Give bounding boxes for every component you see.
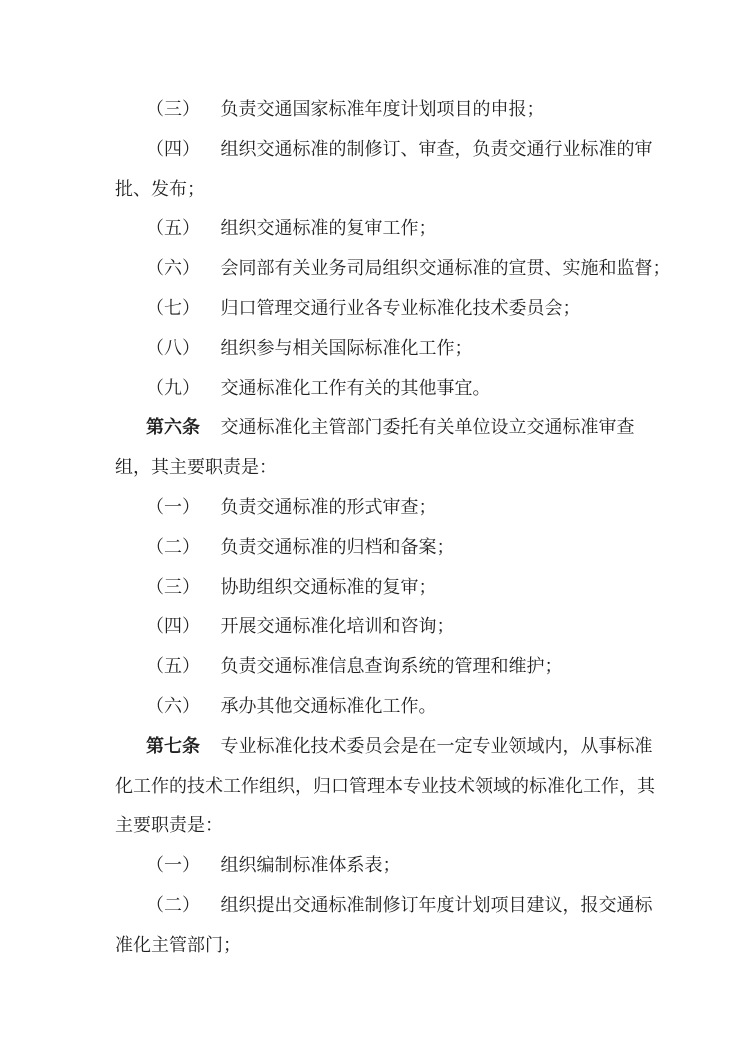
document-line: （五） 组织交通标准的复审工作； (115, 209, 645, 249)
line-text: 组织提出交通标准制修订年度计划项目建议，报交通标 (221, 895, 653, 915)
line-text: 承办其他交通标准化工作。 (221, 696, 437, 716)
list-item-label: （四） (146, 616, 200, 636)
document-line: 准化主管部门； (115, 926, 645, 966)
document-line: 批、发布； (115, 170, 645, 210)
line-text: 组织交通标准的制修订、审查，负责交通行业标准的审 (221, 139, 653, 159)
list-item-label: （五） (146, 656, 200, 676)
list-item-label: （七） (146, 298, 200, 318)
article-number-label: 第七条 (146, 736, 200, 756)
document-line: （六） 会同部有关业务司局组织交通标准的宣贯、实施和监督； (115, 249, 645, 289)
line-text: 交通标准化工作有关的其他事宜。 (221, 378, 491, 398)
list-item-label: （六） (146, 258, 200, 278)
document-page: （三） 负责交通国家标准年度计划项目的申报； （四） 组织交通标准的制修订、审查… (0, 0, 750, 1060)
document-line: （五） 负责交通标准信息查询系统的管理和维护； (115, 647, 645, 687)
line-text: 负责交通标准的形式审查； (221, 497, 437, 517)
line-text: 开展交通标准化培训和咨询； (221, 616, 455, 636)
line-text: 协助组织交通标准的复审； (221, 577, 437, 597)
document-line: （四） 开展交通标准化培训和咨询； (115, 607, 645, 647)
list-item-label: （二） (146, 895, 200, 915)
list-item-label: （一） (146, 497, 200, 517)
document-line: （七） 归口管理交通行业各专业标准化技术委员会； (115, 289, 645, 329)
document-line: （四） 组织交通标准的制修订、审查，负责交通行业标准的审 (115, 130, 645, 170)
list-item-label: （八） (146, 338, 200, 358)
line-text: 组织编制标准体系表； (221, 855, 401, 875)
list-item-label: （三） (146, 577, 200, 597)
document-line: 组，其主要职责是： (115, 448, 645, 488)
document-line: （三） 协助组织交通标准的复审； (115, 568, 645, 608)
list-item-label: （二） (146, 537, 200, 557)
line-text: 归口管理交通行业各专业标准化技术委员会； (221, 298, 581, 318)
list-item-label: （五） (146, 218, 200, 238)
list-item-label: （六） (146, 696, 200, 716)
document-line: （一） 组织编制标准体系表； (115, 846, 645, 886)
document-line: 第七条 专业标准化技术委员会是在一定专业领域内，从事标准 (115, 727, 645, 767)
list-item-label: （一） (146, 855, 200, 875)
document-line: （九） 交通标准化工作有关的其他事宜。 (115, 369, 645, 409)
line-text: 负责交通标准的归档和备案； (221, 537, 455, 557)
document-text-block: （三） 负责交通国家标准年度计划项目的申报； （四） 组织交通标准的制修订、审查… (115, 90, 645, 966)
document-line: （六） 承办其他交通标准化工作。 (115, 687, 645, 727)
document-line: 第六条 交通标准化主管部门委托有关单位设立交通标准审查 (115, 408, 645, 448)
line-text: 批、发布； (115, 179, 205, 199)
line-text: 会同部有关业务司局组织交通标准的宣贯、实施和监督； (221, 258, 671, 278)
line-text: 交通标准化主管部门委托有关单位设立交通标准审查 (221, 417, 635, 437)
document-line: （三） 负责交通国家标准年度计划项目的申报； (115, 90, 645, 130)
line-text: 专业标准化技术委员会是在一定专业领域内，从事标准 (221, 736, 653, 756)
list-item-label: （四） (146, 139, 200, 159)
list-item-label: （三） (146, 99, 200, 119)
line-text: 组织交通标准的复审工作； (221, 218, 437, 238)
document-line: 主要职责是： (115, 806, 645, 846)
list-item-label: （九） (146, 378, 200, 398)
line-text: 化工作的技术工作组织，归口管理本专业技术领域的标准化工作，其 (115, 776, 655, 796)
article-number-label: 第六条 (146, 417, 200, 437)
document-line: （一） 负责交通标准的形式审查； (115, 488, 645, 528)
line-text: 负责交通国家标准年度计划项目的申报； (221, 99, 545, 119)
document-line: （八） 组织参与相关国际标准化工作； (115, 329, 645, 369)
line-text: 组织参与相关国际标准化工作； (221, 338, 473, 358)
line-text: 准化主管部门； (115, 935, 241, 955)
line-text: 负责交通标准信息查询系统的管理和维护； (221, 656, 563, 676)
document-line: （二） 负责交通标准的归档和备案； (115, 528, 645, 568)
document-line: （二） 组织提出交通标准制修订年度计划项目建议，报交通标 (115, 886, 645, 926)
line-text: 组，其主要职责是： (115, 457, 277, 477)
document-line: 化工作的技术工作组织，归口管理本专业技术领域的标准化工作，其 (115, 767, 645, 807)
line-text: 主要职责是： (115, 815, 223, 835)
